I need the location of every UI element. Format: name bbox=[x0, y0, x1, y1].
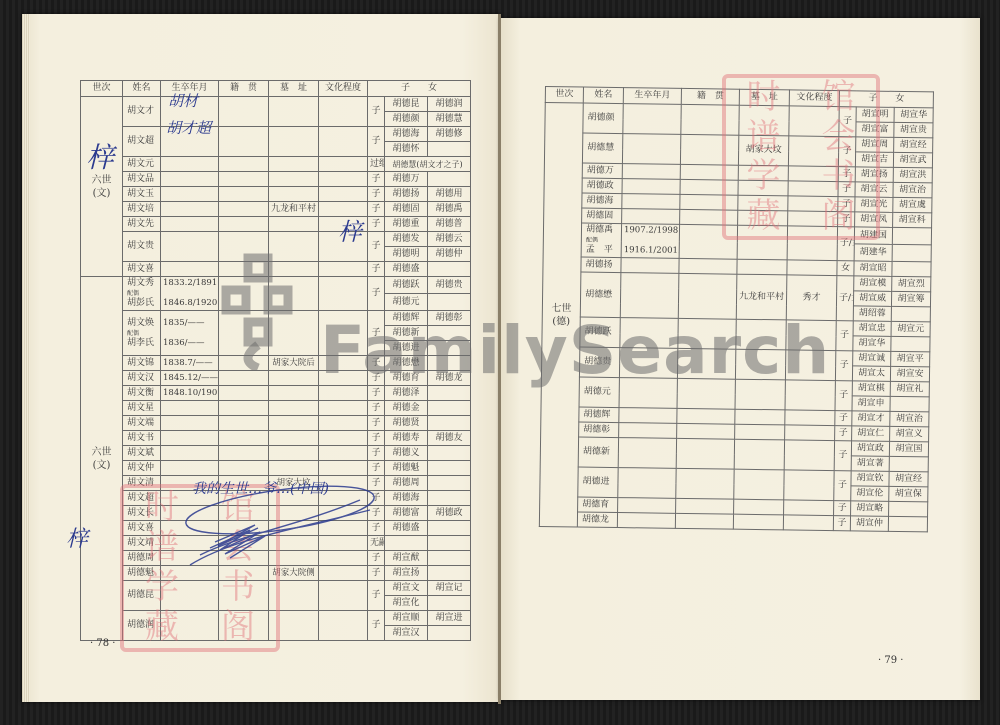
birth-death-dates bbox=[623, 333, 676, 334]
person-name: 胡文斌 bbox=[127, 448, 154, 458]
col-generation: 世次 bbox=[81, 81, 123, 97]
person-name-cell: 胡文衡 bbox=[123, 386, 161, 401]
child-name bbox=[892, 261, 931, 277]
education-cell bbox=[788, 136, 838, 167]
table-row: 胡文长子胡德富胡德政 bbox=[81, 506, 471, 521]
child-name: 胡宣明 bbox=[856, 107, 894, 123]
origin-cell bbox=[677, 348, 735, 379]
burial-cell bbox=[269, 506, 319, 521]
birth-death-dates bbox=[621, 430, 674, 431]
child-name: 胡宣顺 bbox=[385, 611, 428, 626]
relation-cell: 子 bbox=[839, 107, 856, 137]
generation-label: 七世 bbox=[545, 302, 578, 315]
burial-cell bbox=[269, 371, 319, 386]
child-name: 胡宣仲 bbox=[850, 516, 888, 532]
origin-cell bbox=[680, 209, 738, 225]
person-name: 胡文才 bbox=[127, 106, 154, 116]
education-cell bbox=[785, 350, 835, 381]
child-name: 胡德贤 bbox=[385, 416, 428, 431]
generation-sub: (德) bbox=[545, 315, 578, 328]
person-name-cell: 胡德禹配偶孟 平 bbox=[581, 223, 621, 258]
child-name: 胡德辉 bbox=[385, 311, 428, 326]
person-name-cell: 胡文超 bbox=[123, 491, 161, 506]
person-name-cell: 胡文才 bbox=[123, 97, 161, 127]
child-name bbox=[428, 262, 471, 277]
relation-cell: 子 bbox=[368, 401, 385, 416]
person-name: 胡文喜 bbox=[127, 523, 154, 533]
dates-cell bbox=[161, 506, 219, 521]
person-name: 胡德元 bbox=[584, 387, 611, 397]
generation-label: 六世 bbox=[83, 174, 120, 187]
child-name: 胡宣昭 bbox=[854, 261, 892, 277]
child-name: 胡宣筹 bbox=[891, 291, 930, 307]
education-cell bbox=[319, 97, 368, 127]
education-cell bbox=[788, 196, 838, 212]
relation-cell: 子 bbox=[368, 386, 385, 401]
birth-death-dates bbox=[620, 505, 673, 506]
dates-cell bbox=[161, 172, 219, 187]
child-name: 胡宣治 bbox=[893, 182, 932, 198]
table-row: 胡文衡1848.10/1907.7子胡德泽 bbox=[81, 386, 471, 401]
education-cell bbox=[784, 500, 834, 516]
person-name-cell: 胡德海 bbox=[582, 193, 622, 209]
burial-cell bbox=[269, 536, 319, 551]
child-name: 胡宣威 bbox=[853, 291, 891, 307]
table-row: 六世(文)胡文才子胡德昆胡德润 bbox=[81, 97, 471, 112]
child-name bbox=[428, 551, 471, 566]
child-name bbox=[428, 566, 471, 581]
table-row: 胡德润子胡宣顺胡宣进 bbox=[81, 611, 471, 626]
relation-cell: 子/女 bbox=[836, 276, 854, 321]
birth-death-dates bbox=[621, 453, 674, 454]
origin-cell bbox=[681, 104, 739, 135]
child-name: 胡宣吉 bbox=[855, 152, 893, 168]
person-name: 胡德新 bbox=[583, 447, 610, 457]
person-name-cell: 胡德扬 bbox=[581, 257, 621, 273]
burial-cell bbox=[269, 127, 319, 157]
child-name bbox=[891, 306, 930, 322]
col-name: 姓名 bbox=[583, 87, 623, 104]
person-name-cell: 胡文仲 bbox=[123, 461, 161, 476]
person-name-cell: 胡德政 bbox=[582, 178, 622, 194]
child-name: 胡宣华 bbox=[894, 107, 933, 123]
education-cell bbox=[319, 311, 368, 356]
child-name: 胡宣进 bbox=[428, 611, 471, 626]
origin-cell bbox=[680, 179, 738, 195]
table-row: 胡文星子胡德金 bbox=[81, 401, 471, 416]
child-name: 胡德仲 bbox=[428, 247, 471, 262]
dates-cell: 1845.12/—— bbox=[161, 371, 219, 386]
child-name: 胡宣云 bbox=[855, 182, 893, 198]
dates-cell: 1838.7/—— bbox=[161, 356, 219, 371]
burial-cell bbox=[737, 259, 787, 275]
child-name: 胡德昆 bbox=[385, 97, 428, 112]
person-name: 胡文超 bbox=[127, 136, 154, 146]
relation-cell: 子 bbox=[368, 566, 385, 581]
person-name: 胡德育 bbox=[582, 499, 609, 509]
education-cell bbox=[319, 127, 368, 157]
person-name: 胡文端 bbox=[127, 418, 154, 428]
person-name-cell: 胡德慧 bbox=[582, 133, 622, 164]
education-cell bbox=[319, 446, 368, 461]
child-name: 胡德禹 bbox=[428, 202, 471, 217]
burial-cell bbox=[269, 446, 319, 461]
education-cell bbox=[788, 166, 838, 182]
relation-cell: 子 bbox=[368, 356, 385, 371]
person-name-cell: 胡文斌 bbox=[123, 446, 161, 461]
child-name: 胡宣烈 bbox=[892, 276, 931, 292]
birth-death-dates: 1833.2/1891.9 bbox=[163, 277, 216, 290]
child-name: 胡德元 bbox=[385, 294, 428, 311]
relation-cell: 无嗣 bbox=[368, 536, 385, 551]
child-name: 胡德龙 bbox=[428, 371, 471, 386]
person-name-cell: 胡文汉 bbox=[123, 371, 161, 386]
education-cell bbox=[319, 187, 368, 202]
child-name bbox=[428, 461, 471, 476]
child-name: 胡宣忠 bbox=[853, 321, 891, 337]
child-name: 胡德慧 bbox=[428, 112, 471, 127]
origin-cell bbox=[219, 97, 269, 127]
child-name: 胡德用 bbox=[428, 187, 471, 202]
origin-cell bbox=[219, 202, 269, 217]
col-children: 子 女 bbox=[839, 91, 933, 108]
education-cell bbox=[319, 491, 368, 506]
person-name-cell: 胡文长 bbox=[123, 506, 161, 521]
child-name bbox=[428, 476, 471, 491]
burial-cell bbox=[737, 225, 787, 260]
birth-death-dates bbox=[622, 363, 675, 364]
burial-cell bbox=[269, 551, 319, 566]
person-name-cell: 胡德龙 bbox=[577, 512, 617, 528]
origin-cell bbox=[219, 506, 269, 521]
table-row: 胡文品子胡德万 bbox=[81, 172, 471, 187]
burial-cell bbox=[736, 319, 786, 350]
child-name: 胡宣才 bbox=[852, 411, 890, 427]
burial-cell bbox=[738, 180, 788, 196]
child-name: 胡德海 bbox=[385, 491, 428, 506]
child-name bbox=[428, 491, 471, 506]
relation-cell: 子 bbox=[368, 187, 385, 202]
child-name: 胡德政 bbox=[428, 506, 471, 521]
education-cell bbox=[787, 260, 837, 276]
person-name: 胡文喜 bbox=[127, 264, 154, 274]
table-row: 胡文仲子胡德魁 bbox=[81, 461, 471, 476]
child-name bbox=[889, 456, 928, 472]
child-name: 胡德贵 bbox=[428, 277, 471, 294]
child-name: 胡德固 bbox=[385, 202, 428, 217]
person-name: 胡德颜 bbox=[587, 113, 614, 123]
person-name-cell: 胡文靖 bbox=[123, 536, 161, 551]
origin-cell bbox=[680, 164, 738, 180]
spouse-dates: 1836/—— bbox=[163, 337, 216, 350]
burial-cell bbox=[269, 97, 319, 127]
child-name: 胡绍蓉 bbox=[853, 306, 891, 322]
education-cell bbox=[319, 416, 368, 431]
child-name: 胡宣虞 bbox=[893, 197, 932, 213]
burial-cell bbox=[733, 514, 783, 530]
generation-sub: (文) bbox=[83, 459, 120, 472]
dates-cell bbox=[622, 209, 680, 225]
spouse-note: 配偶 bbox=[127, 330, 158, 337]
table-row: 胡文玉子胡德扬胡德用 bbox=[81, 187, 471, 202]
table-row: 胡文汉1845.12/——子胡德育胡德龙 bbox=[81, 371, 471, 386]
col-origin: 籍 贯 bbox=[219, 81, 269, 97]
origin-cell bbox=[219, 446, 269, 461]
person-name-cell: 胡文端 bbox=[123, 416, 161, 431]
person-name: 胡文清 bbox=[127, 478, 154, 488]
child-name: 胡宣光 bbox=[855, 197, 893, 213]
education-cell bbox=[788, 181, 838, 197]
person-name: 胡文长 bbox=[127, 508, 154, 518]
child-name: 胡宣文 bbox=[385, 581, 428, 596]
relation-cell: 子 bbox=[368, 262, 385, 277]
person-name: 胡文先 bbox=[127, 219, 154, 229]
child-name: 胡宣平 bbox=[891, 351, 930, 367]
dates-cell bbox=[161, 97, 219, 127]
child-name bbox=[428, 626, 471, 641]
child-name: 胡德万 bbox=[385, 172, 428, 187]
origin-cell bbox=[676, 438, 734, 469]
child-name: 胡德扬 bbox=[385, 187, 428, 202]
child-name: 胡德明 bbox=[385, 247, 428, 262]
table-row: 胡文贵子胡德发胡德云 bbox=[81, 232, 471, 247]
education-cell bbox=[785, 425, 835, 441]
education-cell bbox=[785, 410, 835, 426]
child-name: 胡宣治 bbox=[890, 411, 929, 427]
origin-cell bbox=[219, 127, 269, 157]
birth-death-dates bbox=[621, 415, 674, 416]
origin-cell bbox=[219, 157, 269, 172]
origin-cell bbox=[219, 536, 269, 551]
right-genealogy-table: 世次 姓名 生卒年月 籍 贯 墓 址 文化程度 子 女 七世(德)胡德颜子胡宣明… bbox=[539, 86, 934, 532]
birth-death-dates bbox=[624, 201, 677, 202]
person-name-cell: 胡德固 bbox=[582, 208, 622, 224]
spouse-dates: 1846.8/1920.6 bbox=[163, 297, 216, 310]
person-name: 胡德周 bbox=[127, 553, 154, 563]
dates-cell bbox=[161, 187, 219, 202]
person-name: 胡德润 bbox=[127, 620, 154, 630]
person-name-cell: 胡文玉 bbox=[123, 187, 161, 202]
child-name: 胡宣周 bbox=[856, 137, 894, 153]
person-name-cell: 胡德贵 bbox=[579, 347, 619, 378]
relation-cell: 子 bbox=[368, 416, 385, 431]
generation-sub: (文) bbox=[83, 187, 120, 200]
dates-cell bbox=[161, 551, 219, 566]
relation-cell: 子 bbox=[368, 127, 385, 157]
relation-cell: 子 bbox=[838, 137, 855, 167]
child-name: 胡宣贵 bbox=[894, 122, 933, 138]
spouse-dates: 1916.1/2001.5 bbox=[624, 244, 677, 258]
child-name: 胡宣扬 bbox=[385, 566, 428, 581]
person-name-cell: 胡德万 bbox=[582, 163, 622, 179]
relation-cell: 子 bbox=[368, 446, 385, 461]
person-name: 胡文仲 bbox=[127, 463, 154, 473]
child-name: 胡宣钦 bbox=[851, 471, 889, 487]
child-name: 胡宣申 bbox=[852, 396, 890, 412]
origin-cell bbox=[677, 378, 735, 409]
child-name: 胡德魁 bbox=[385, 461, 428, 476]
burial-cell bbox=[269, 611, 319, 641]
person-name-cell: 胡文秀配偶胡彭氏 bbox=[123, 277, 161, 311]
dates-cell bbox=[161, 446, 219, 461]
table-row: 胡文先子胡德重胡德普 bbox=[81, 217, 471, 232]
person-name-cell: 胡德颜 bbox=[583, 103, 623, 134]
burial-cell bbox=[269, 172, 319, 187]
origin-cell bbox=[678, 318, 736, 349]
relation-cell: 子 bbox=[368, 476, 385, 491]
relation-cell: 子 bbox=[368, 521, 385, 536]
person-name-cell: 胡文锦 bbox=[123, 356, 161, 371]
burial-cell bbox=[738, 195, 788, 211]
relation-cell: 子 bbox=[835, 426, 852, 441]
table-row: 胡文喜子胡德盛 bbox=[81, 521, 471, 536]
child-name: 胡德重 bbox=[385, 217, 428, 232]
birth-death-dates bbox=[624, 216, 677, 217]
origin-cell bbox=[219, 491, 269, 506]
person-name: 胡文靖 bbox=[127, 538, 154, 548]
dates-cell bbox=[161, 416, 219, 431]
education-cell bbox=[789, 106, 839, 137]
child-name bbox=[892, 227, 931, 245]
child-name: 胡德海 bbox=[385, 127, 428, 142]
person-name: 胡文星 bbox=[127, 403, 154, 413]
education-cell bbox=[319, 172, 368, 187]
person-name-cell: 胡德元 bbox=[579, 377, 619, 408]
burial-cell bbox=[269, 187, 319, 202]
relation-cell: 子 bbox=[368, 202, 385, 217]
person-name-cell: 胡文元 bbox=[123, 157, 161, 172]
col-burial: 墓 址 bbox=[739, 89, 789, 106]
origin-cell bbox=[219, 476, 269, 491]
relation-cell: 子 bbox=[833, 516, 850, 531]
child-name bbox=[428, 596, 471, 611]
burial-cell: 九龙和平村 bbox=[269, 202, 319, 217]
person-name: 胡德禹 bbox=[586, 225, 613, 235]
child-name: 胡宣著 bbox=[851, 456, 889, 472]
person-name-cell: 胡文超 bbox=[123, 127, 161, 157]
person-name-cell: 胡德育 bbox=[578, 497, 618, 513]
education-cell bbox=[783, 515, 833, 531]
person-name-cell: 胡德跃 bbox=[580, 317, 620, 348]
burial-cell bbox=[269, 157, 319, 172]
education-cell bbox=[787, 226, 837, 261]
relation-cell: 子 bbox=[835, 411, 852, 426]
col-origin: 籍 贯 bbox=[681, 88, 739, 105]
origin-cell bbox=[680, 194, 738, 210]
origin-cell bbox=[219, 386, 269, 401]
table-row: 胡文清胡家大坟子胡德周 bbox=[81, 476, 471, 491]
origin-cell bbox=[677, 423, 735, 439]
burial-cell bbox=[269, 416, 319, 431]
person-name: 胡文品 bbox=[127, 174, 154, 184]
burial-cell: 胡家大坟 bbox=[738, 135, 788, 166]
child-name: 胡建华 bbox=[854, 244, 892, 262]
person-name-cell: 胡德懋 bbox=[580, 272, 621, 318]
origin-cell bbox=[219, 611, 269, 641]
burial-cell bbox=[269, 401, 319, 416]
person-name-cell: 胡文培 bbox=[123, 202, 161, 217]
relation-cell: 子 bbox=[368, 431, 385, 446]
dates-cell bbox=[618, 468, 676, 499]
left-genealogy-table: 世次 姓名 生卒年月 籍 贯 墓 址 文化程度 子 女 六世(文)胡文才子胡德昆… bbox=[80, 80, 471, 641]
generation-cell: 六世(文) bbox=[81, 277, 123, 641]
table-row: 胡文超子胡德海胡德修 bbox=[81, 127, 471, 142]
person-name: 胡德龙 bbox=[582, 514, 609, 524]
child-name: 胡宣政 bbox=[851, 441, 889, 457]
child-name: 胡宣猷 bbox=[385, 551, 428, 566]
person-name: 胡德贵 bbox=[584, 357, 611, 367]
child-name: 胡德发 bbox=[385, 232, 428, 247]
person-name: 胡德懋 bbox=[585, 289, 612, 299]
child-name: 胡宣棋 bbox=[852, 381, 890, 397]
relation-cell: 子 bbox=[838, 182, 855, 197]
child-name: 胡宣模 bbox=[854, 276, 892, 292]
child-name: 胡德寿 bbox=[385, 431, 428, 446]
burial-cell bbox=[734, 499, 784, 515]
table-row: 胡德魁胡家大院侧子胡宣扬 bbox=[81, 566, 471, 581]
person-name: 胡文培 bbox=[127, 204, 154, 214]
table-row: 胡文超子胡德海 bbox=[81, 491, 471, 506]
burial-cell bbox=[738, 165, 788, 181]
burial-cell bbox=[734, 469, 784, 500]
relation-cell: 子 bbox=[834, 441, 851, 471]
table-row: 胡文焕配偶胡李氏1835/——1836/——子胡德辉胡德彰 bbox=[81, 311, 471, 326]
burial-cell bbox=[738, 210, 788, 226]
education-cell bbox=[319, 536, 368, 551]
child-name bbox=[428, 416, 471, 431]
page-edge bbox=[22, 14, 30, 702]
education-cell: 秀才 bbox=[786, 275, 837, 321]
birth-death-dates: 1838.7/—— bbox=[163, 357, 216, 370]
birth-death-dates: 1845.12/—— bbox=[163, 372, 216, 385]
child-name: 胡德普 bbox=[428, 217, 471, 232]
child-name: 胡宣汉 bbox=[385, 626, 428, 641]
dates-cell bbox=[619, 378, 677, 409]
child-name bbox=[428, 341, 471, 356]
child-name: 胡宣凤 bbox=[855, 212, 893, 228]
person-name: 胡文衡 bbox=[127, 388, 154, 398]
person-name-cell: 胡德彰 bbox=[579, 422, 619, 438]
relation-cell: 子 bbox=[835, 351, 852, 381]
child-name: 胡宣记 bbox=[428, 581, 471, 596]
education-cell bbox=[319, 157, 368, 172]
child-name bbox=[428, 294, 471, 311]
person-name: 胡德跃 bbox=[585, 327, 612, 337]
origin-cell bbox=[219, 461, 269, 476]
origin-cell bbox=[219, 356, 269, 371]
birth-death-dates bbox=[620, 520, 673, 521]
relation-cell: 子 bbox=[368, 97, 385, 127]
education-cell bbox=[319, 461, 368, 476]
person-name: 胡德辉 bbox=[583, 409, 610, 419]
dates-cell: 1907.2/1998.41916.1/2001.5 bbox=[621, 224, 679, 259]
dates-cell: 1833.2/1891.91846.8/1920.6 bbox=[161, 277, 219, 311]
spouse-note: 配偶 bbox=[127, 290, 158, 297]
table-row: 胡文靖无嗣 bbox=[81, 536, 471, 551]
origin-cell bbox=[219, 232, 269, 262]
col-dates: 生卒年月 bbox=[623, 88, 681, 105]
education-cell bbox=[319, 371, 368, 386]
relation-cell: 子 bbox=[368, 491, 385, 506]
dates-cell bbox=[161, 127, 219, 157]
burial-cell bbox=[735, 424, 785, 440]
dates-cell bbox=[619, 408, 677, 424]
person-name-cell: 胡文喜 bbox=[123, 262, 161, 277]
education-cell bbox=[319, 277, 368, 311]
table-row: 胡文书子胡德寿胡德友 bbox=[81, 431, 471, 446]
birth-death-dates bbox=[624, 265, 677, 266]
education-cell bbox=[319, 521, 368, 536]
